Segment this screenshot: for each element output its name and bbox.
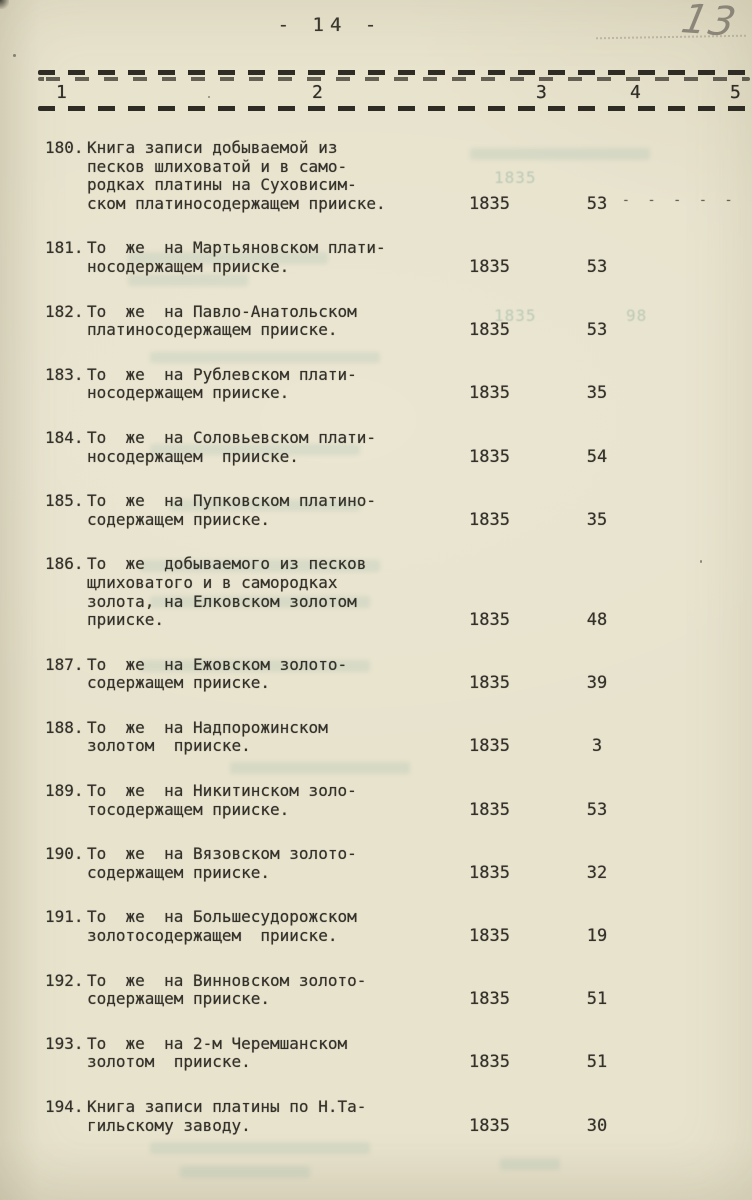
entry-sheet-count: 19 [574,927,620,946]
entry-row: 184. То же на Соловьевском плати- носоде… [0,429,752,466]
entry-sheet-count: 53 [574,801,620,820]
entry-description: То же на Павло-Анатольском платиносодерж… [87,303,469,340]
entry-sheet-count: 35 [574,511,620,530]
entry-row: 190. То же на Вязовском золото- содержащ… [0,845,752,882]
entry-row: 182. То же на Павло-Анатольском платинос… [0,303,752,340]
entry-number: 188. [0,719,87,738]
entry-sheet-count: 35 [574,384,620,403]
entry-description: То же добываемого из песков щлиховатого … [87,555,469,629]
trailing-pencil-dashes: - - - - - - [622,192,752,211]
bleedthrough-smudge [180,1166,310,1178]
column-header-1: 1 [56,82,67,103]
entry-number: 180. [0,139,87,158]
entry-row: 186. То же добываемого из песков щлихова… [0,555,752,629]
entry-row: 181. То же на Мартьяновском плати- носод… [0,239,752,276]
entry-number: 183. [0,366,87,385]
entry-description: То же на Ежовском золото- содержащем при… [87,656,469,693]
entry-number: 187. [0,656,87,675]
paper-speck [208,96,210,98]
entry-sheet-count: 51 [574,990,620,1009]
entry-description: То же на Никитинском золо- тосодержащем … [87,782,469,819]
entry-number: 194. [0,1098,87,1117]
entry-sheet-count: 30 [574,1117,620,1136]
entry-row: 180. Книга записи добываемой из песков ш… [0,139,752,213]
entry-row: 188. То же на Надпорожинском золотом при… [0,719,752,756]
entry-row: 187. То же на Ежовском золото- содержаще… [0,656,752,693]
entry-row: 191. То же на Большесудорожском золотосо… [0,908,752,945]
entry-year: 1835 [469,384,527,403]
entry-number: 186. [0,555,87,574]
entry-year: 1835 [469,511,527,530]
entry-row: 189. То же на Никитинском золо- тосодерж… [0,782,752,819]
entry-sheet-count: 54 [574,448,620,467]
entry-year: 1835 [469,258,527,277]
entry-year: 1835 [469,1117,527,1136]
entry-sheet-count: 32 [574,864,620,883]
entry-sheet-count: 53- - - - - - [574,195,620,214]
entry-number: 192. [0,972,87,991]
column-header-5: 5 [730,82,741,103]
entry-number: 184. [0,429,87,448]
entry-number: 189. [0,782,87,801]
entry-sheet-count: 53 [574,258,620,277]
entry-year: 1835 [469,801,527,820]
entry-row: 193. То же на 2-м Черемшанском золотом п… [0,1035,752,1072]
entry-description: Книга записи платины по Н.Та- гильскому … [87,1098,469,1135]
entry-year: 1835 [469,1053,527,1072]
header-dashed-rule-top-echo [38,77,750,81]
entry-description: То же на Вязовском золото- содержащем пр… [87,845,469,882]
entry-year: 1835 [469,321,527,340]
entry-number: 182. [0,303,87,322]
header-dashed-rule-bottom [38,106,750,111]
page-number: - 14 - [0,14,660,36]
inventory-entries: 180. Книга записи добываемой из песков ш… [0,139,752,1161]
entry-year: 1835 [469,927,527,946]
entry-number: 193. [0,1035,87,1054]
handwritten-folio-number: 13 [678,0,742,46]
scanned-document-page: 1835 98 1835 - 14 - 13 1 2 3 4 5 180. Кн… [0,0,752,1200]
entry-row: 194. Книга записи платины по Н.Та- гильс… [0,1098,752,1135]
scan-corner-mark [0,0,9,9]
entry-description: То же на Надпорожинском золотом прииске. [87,719,469,756]
paper-speck [13,54,16,57]
entry-year: 1835 [469,448,527,467]
entry-number: 190. [0,845,87,864]
entry-description: То же на Пупковском платино- содержащем … [87,492,469,529]
entry-description: То же на Мартьяновском плати- носодержащ… [87,239,469,276]
column-header-3: 3 [536,82,547,103]
entry-row: 183. То же на Рублевском плати- носодерж… [0,366,752,403]
entry-description: То же на 2-м Черемшанском золотом прииск… [87,1035,469,1072]
entry-year: 1835 [469,990,527,1009]
entry-sheet-count: 53 [574,321,620,340]
entry-year: 1835 [469,611,527,630]
entry-year: 1835 [469,737,527,756]
column-header-4: 4 [630,82,641,103]
entry-number: 191. [0,908,87,927]
entry-description: То же на Рублевском плати- носодержащем … [87,366,469,403]
entry-description: То же на Винновском золото- содержащем п… [87,972,469,1009]
entry-row: 192. То же на Винновском золото- содержа… [0,972,752,1009]
entry-year: 1835 [469,195,527,214]
entry-description: То же на Большесудорожском золотосодержа… [87,908,469,945]
entry-number: 181. [0,239,87,258]
entry-year: 1835 [469,674,527,693]
entry-sheet-count: 51 [574,1053,620,1072]
entry-description: То же на Соловьевском плати- носодержаще… [87,429,469,466]
entry-sheet-count: 3 [574,737,620,756]
entry-sheet-count: 39 [574,674,620,693]
entry-year: 1835 [469,864,527,883]
entry-number: 185. [0,492,87,511]
header-dashed-rule-top [38,70,750,75]
entry-description: Книга записи добываемой из песков шлихов… [87,139,469,213]
entry-sheet-count: 48 [574,611,620,630]
entry-row: 185. То же на Пупковском платино- содерж… [0,492,752,529]
column-header-2: 2 [312,82,323,103]
